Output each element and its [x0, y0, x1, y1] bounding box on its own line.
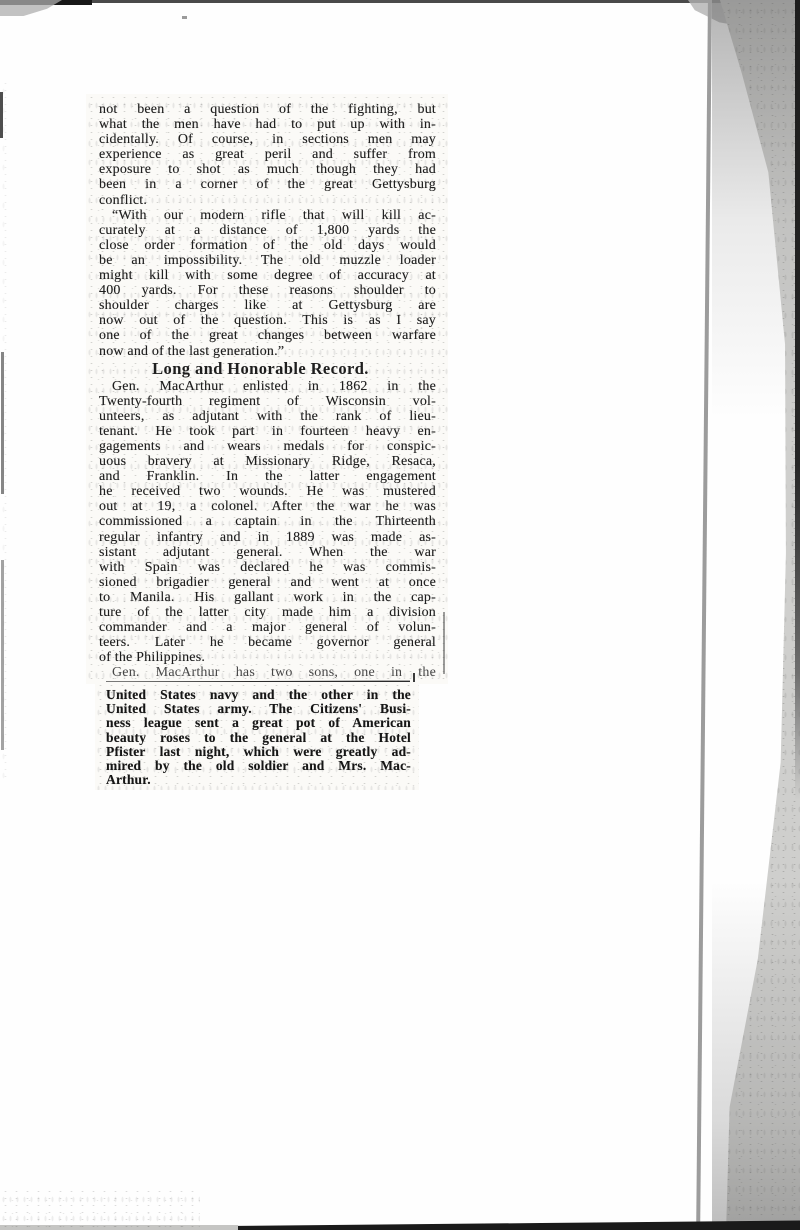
- text-line: close order formation of the old days wo…: [99, 238, 436, 253]
- text-line: Gen. MacArthur has two sons, one in the: [99, 665, 436, 680]
- text-line: not been a question of the fighting, but: [99, 102, 436, 117]
- text-line: and Franklin. In the latter engagement: [99, 469, 436, 484]
- text-line: conflict.: [99, 193, 436, 208]
- newspaper-clipping-top-piece: not been a question of the fighting, but…: [86, 94, 448, 684]
- scan-left-edge-mark: [1, 352, 4, 494]
- text-line: cidentally. Of course, in sections men m…: [99, 132, 436, 147]
- text-line: United States navy and the other in the: [106, 688, 411, 702]
- clipping-right-edge-mark: [443, 612, 445, 674]
- scan-top-left-corner-smudge: [0, 0, 62, 16]
- text-line: commander and a major general of volun-: [99, 620, 436, 635]
- text-line: experience as great peril and suffer fro…: [99, 147, 436, 162]
- text-line: mired by the old soldier and Mrs. Mac-: [106, 759, 411, 773]
- text-line: be an impossibility. The old muzzle load…: [99, 253, 436, 268]
- text-line: now and of the last generation.”: [99, 344, 436, 359]
- text-line: curately at a distance of 1,800 yards th…: [99, 223, 436, 238]
- scan-left-edge-mark: [1, 560, 4, 750]
- text-line: regular infantry and in 1889 was made as…: [99, 530, 436, 545]
- scan-bottom-left-noise: [0, 1188, 200, 1230]
- scan-bottom-edge-artifact: [225, 1220, 800, 1230]
- text-line: might kill with some degree of accuracy …: [99, 268, 436, 283]
- text-line: Arthur.: [106, 773, 411, 787]
- text-line: ture of the latter city made him a divis…: [99, 605, 436, 620]
- text-line: United States army. The Citizens' Busi-: [106, 702, 411, 716]
- text-line: Pfister last night, which were greatly a…: [106, 745, 411, 759]
- text-line: beauty roses to the general at the Hotel: [106, 731, 411, 745]
- text-line: of the Philippines.: [99, 650, 436, 665]
- text-line: gagements and wears medals for conspic-: [99, 439, 436, 454]
- text-line: now out of the question. This is as I sa…: [99, 313, 436, 328]
- text-line: commissioned a captain in the Thirteenth: [99, 514, 436, 529]
- text-line: teers. Later he became governor general: [99, 635, 436, 650]
- text-line: Gen. MacArthur enlisted in 1862 in the: [99, 379, 436, 394]
- scanned-newspaper-page: not been a question of the fighting, but…: [0, 0, 800, 1230]
- text-line: “With our modern rifle that will kill ac…: [99, 208, 436, 223]
- scan-left-edge-mark: [0, 92, 3, 138]
- text-line: 400 yards. For these reasons shoulder to: [99, 283, 436, 298]
- text-line: what the men have had to put up with in-: [99, 117, 436, 132]
- text-line: he received two wounds. He was mustered: [99, 484, 436, 499]
- text-line: uous bravery at Missionary Ridge, Resaca…: [99, 454, 436, 469]
- text-line: out at 19, a colonel. After the war he w…: [99, 499, 436, 514]
- text-line: ness league sent a great pot of American: [106, 716, 411, 730]
- text-line: shoulder charges like at Gettysburg are: [99, 298, 436, 313]
- scan-top-edge-artifact: [0, 0, 800, 3]
- scan-right-dark-edge: [795, 0, 800, 800]
- scan-binding-line: [696, 0, 711, 1230]
- text-line: exposure to shot as much though they had: [99, 162, 436, 177]
- text-line: sioned brigadier general and went at onc…: [99, 575, 436, 590]
- scan-right-page-edge-texture: [712, 0, 800, 1230]
- text-line: one of the great changes between warfare: [99, 328, 436, 343]
- text-line: Twenty-fourth regiment of Wisconsin vol-: [99, 394, 436, 409]
- scan-speck: [182, 16, 187, 19]
- text-line: unteers, as adjutant with the rank of li…: [99, 409, 436, 424]
- text-line: with Spain was declared he was commis-: [99, 560, 436, 575]
- text-line: tenant. He took part in fourteen heavy e…: [99, 424, 436, 439]
- text-line: to Manila. His gallant work in the cap-: [99, 590, 436, 605]
- newspaper-clipping-bottom-piece: United States navy and the other in theU…: [95, 682, 419, 790]
- text-line: sistant adjutant general. When the war: [99, 545, 436, 560]
- section-heading: Long and Honorable Record.: [99, 359, 436, 379]
- text-line: been in a corner of the great Gettysburg: [99, 177, 436, 192]
